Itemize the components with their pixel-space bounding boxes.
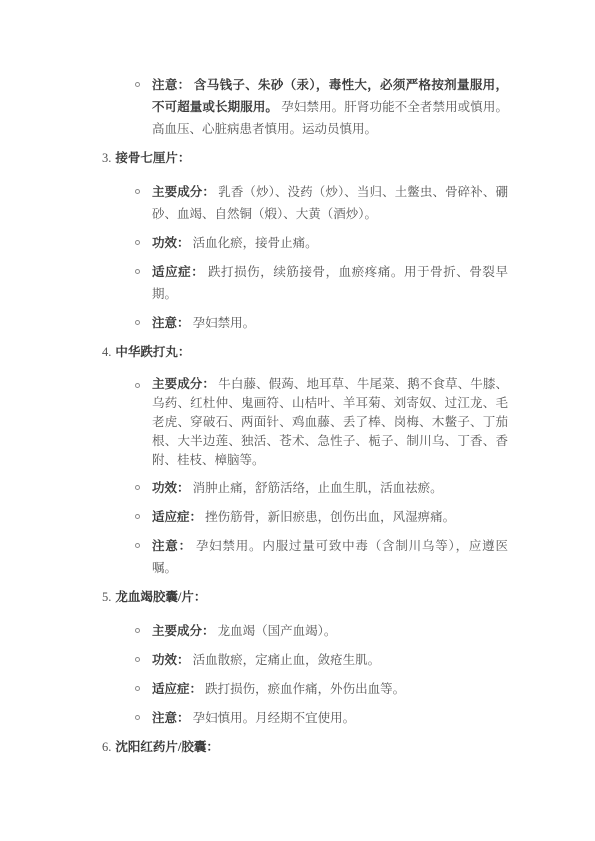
circle-bullet-icon (135, 657, 140, 662)
circle-bullet-icon (135, 240, 140, 245)
bullet-text: 孕妇禁用。内服过量可致中毒（含制川乌等），应遵医嘱。 (152, 539, 508, 575)
item-5-bullet-caution: 注意： 孕妇慎用。月经期不宜使用。 (152, 707, 508, 729)
item-4-number: 4. (102, 341, 111, 363)
item-5-name: 龙血竭胶囊/片： (115, 590, 206, 604)
item-4-title: 4.中华跌打丸： (102, 341, 508, 363)
bullet-text: 活血散瘀，定痛止血，敛疮生肌。 (190, 653, 381, 667)
circle-bullet-icon (135, 269, 140, 274)
bullet-label: 功效： (152, 653, 190, 667)
item-4-bullet-indications: 适应症： 挫伤筋骨，新旧瘀患，创伤出血，风湿痹痛。 (152, 506, 508, 528)
circle-bullet-icon (135, 383, 140, 388)
bullet-label: 适应症： (152, 265, 204, 279)
bullet-text: 挫伤筋骨，新旧瘀患，创伤出血，风湿痹痛。 (202, 510, 455, 524)
item-5-title: 5.龙血竭胶囊/片： (102, 586, 508, 608)
item-3-bullet-indications: 适应症： 跌打损伤，续筋接骨，血瘀疼痛。用于骨折、骨裂早期。 (152, 261, 508, 305)
item-6-number: 6. (102, 736, 111, 758)
circle-bullet-icon (135, 715, 140, 720)
bullet-label: 适应症： (152, 510, 202, 524)
document-page: 注意： 含马钱子、朱砂（汞），毒性大，必须严格按剂量服用，不可超量或长期服用。 … (0, 0, 595, 841)
circle-bullet-icon (135, 320, 140, 325)
item-6-title: 6.沈阳红药片/胶囊： (102, 736, 508, 758)
document-content: 注意： 含马钱子、朱砂（汞），毒性大，必须严格按剂量服用，不可超量或长期服用。 … (0, 0, 595, 758)
circle-bullet-icon (135, 189, 140, 194)
bullet-label: 适应症： (152, 682, 202, 696)
circle-bullet-icon (135, 485, 140, 490)
item-3-bullet-effect: 功效： 活血化瘀，接骨止痛。 (152, 232, 508, 254)
item-5-number: 5. (102, 586, 111, 608)
bullet-text: 跌打损伤，续筋接骨，血瘀疼痛。用于骨折、骨裂早期。 (152, 265, 508, 301)
item-3-bullet-ingredients: 主要成分： 乳香（炒）、没药（炒）、当归、土鳖虫、骨碎补、硼砂、血竭、自然铜（煅… (152, 181, 508, 225)
bullet-text: 活血化瘀，接骨止痛。 (190, 236, 318, 250)
circle-bullet-icon (135, 543, 140, 548)
item-5-bullet-effect: 功效： 活血散瘀，定痛止血，敛疮生肌。 (152, 649, 508, 671)
item-3-title: 3.接骨七厘片： (102, 147, 508, 169)
bullet-label: 功效： (152, 236, 190, 250)
bullet-text: 跌打损伤，瘀血作痛，外伤出血等。 (202, 682, 405, 696)
bullet-label: 注意： (152, 711, 190, 725)
item-5-bullet-indications: 适应症： 跌打损伤，瘀血作痛，外伤出血等。 (152, 678, 508, 700)
item-4-bullet-ingredients: 主要成分： 牛白藤、假蒟、地耳草、牛尾菜、鹅不食草、牛膝、乌药、红杜仲、鬼画符、… (152, 375, 508, 470)
bullet-label: 主要成分： (152, 377, 215, 391)
circle-bullet-icon (135, 628, 140, 633)
circle-bullet-icon (135, 514, 140, 519)
item-4-bullet-caution: 注意： 孕妇禁用。内服过量可致中毒（含制川乌等），应遵医嘱。 (152, 535, 508, 579)
item-4-name: 中华跌打丸： (115, 345, 190, 359)
item-5-bullet-ingredients: 主要成分： 龙血竭（国产血竭）。 (152, 620, 508, 642)
bullet-label: 注意： (152, 539, 192, 553)
bullet-text: 龙血竭（国产血竭）。 (215, 624, 337, 638)
circle-bullet-icon (135, 686, 140, 691)
item-4-bullet-effect: 功效： 消肿止痛，舒筋活络，止血生肌，活血祛瘀。 (152, 477, 508, 499)
bullet-label: 注意： (152, 316, 190, 330)
bullet-text: 孕妇禁用。 (190, 316, 256, 330)
bullet-label: 主要成分： (152, 185, 215, 199)
bullet-text: 孕妇慎用。月经期不宜使用。 (190, 711, 356, 725)
note-paragraph: 注意： 含马钱子、朱砂（汞），毒性大，必须严格按剂量服用，不可超量或长期服用。 … (152, 74, 508, 140)
bullet-label: 功效： (152, 481, 190, 495)
circle-bullet-icon (135, 82, 140, 87)
bullet-label: 主要成分： (152, 624, 215, 638)
item-6-name: 沈阳红药片/胶囊： (115, 740, 218, 754)
item-3-bullet-caution: 注意： 孕妇禁用。 (152, 312, 508, 334)
item-3-number: 3. (102, 147, 111, 169)
item-3-name: 接骨七厘片： (115, 151, 190, 165)
bullet-text: 消肿止痛，舒筋活络，止血生肌，活血祛瘀。 (190, 481, 443, 495)
